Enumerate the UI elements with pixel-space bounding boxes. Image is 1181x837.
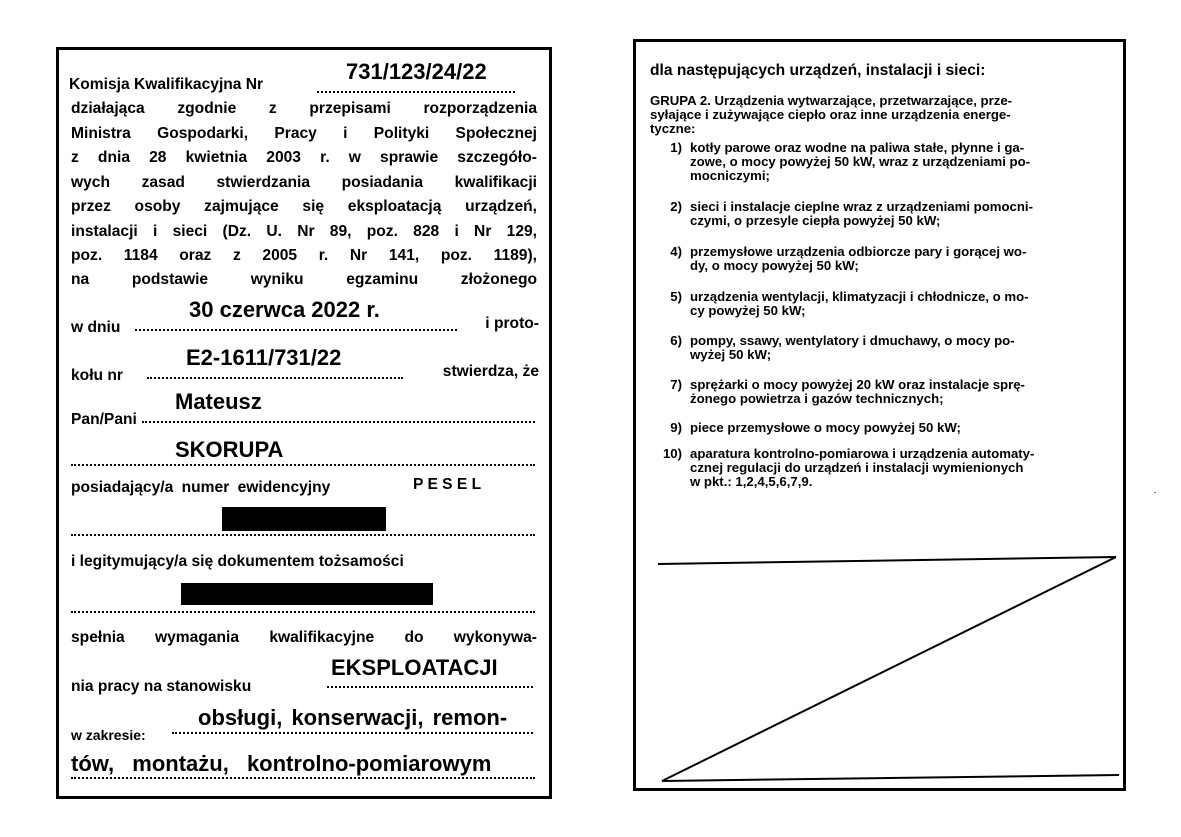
dotted-line: [135, 329, 457, 331]
dotted-line: [142, 421, 535, 423]
redacted-id-document: [181, 583, 433, 605]
dotted-line: [71, 534, 535, 536]
dotted-line: [317, 91, 515, 93]
position-value: EKSPLOATACJI: [331, 656, 498, 680]
protocol-number: E2-1611/731/22: [186, 346, 341, 370]
exam-date-suffix: i proto-: [485, 315, 539, 333]
certificate-left-page: Komisja Kwalifikacyjna Nr 731/123/24/22 …: [56, 47, 552, 799]
certificate-right-page: dla następujących urządzeń, instalacji i…: [633, 39, 1126, 791]
protocol-label: kołu nr: [71, 367, 123, 385]
regulation-line: z dnia 28 kwietnia 2003 r. w sprawie szc…: [71, 149, 537, 167]
dotted-line: [71, 777, 535, 779]
regulation-line: poz. 1184 oraz z 2005 r. Nr 141, poz. 11…: [71, 247, 537, 265]
requirements-line: spełnia wymagania kwalifikacyjne do wyko…: [71, 629, 537, 647]
pesel-tag: P E S E L: [413, 476, 481, 494]
regulation-line: na podstawie wyniku egzaminu złożonego: [71, 271, 537, 289]
scope-line-2: tów, montażu, kontrolno-pomiarowym: [71, 752, 491, 776]
regulation-line: instalacji i sieci (Dz. U. Nr 89, poz. 8…: [71, 223, 537, 241]
dotted-line: [71, 611, 535, 613]
exam-date: 30 czerwca 2022 r.: [189, 298, 380, 322]
scope-label: w zakresie:: [71, 726, 146, 744]
protocol-suffix: stwierdza, że: [443, 363, 539, 381]
pesel-label: posiadający/a numer ewidencyjny: [71, 479, 330, 497]
person-label: Pan/Pani: [71, 411, 137, 429]
dotted-line: [172, 732, 533, 734]
commission-label: Komisja Kwalifikacyjna Nr: [69, 76, 263, 94]
position-label: nia pracy na stanowisku: [71, 678, 251, 696]
regulation-line: wych zasad stwierdzania posiadania kwali…: [71, 174, 537, 192]
id-document-label: i legitymujący/a się dokumentem tożsamoś…: [71, 553, 404, 571]
regulation-line: Ministra Gospodarki, Pracy i Polityki Sp…: [71, 125, 537, 143]
dotted-line: [147, 377, 403, 379]
regulation-line: działająca zgodnie z przepisami rozporzą…: [71, 100, 537, 118]
cancel-z-strike: [636, 42, 1129, 794]
commission-number: 731/123/24/22: [346, 60, 487, 84]
scan-speck: ·: [1154, 490, 1156, 497]
dotted-line: [71, 464, 535, 466]
redacted-pesel: [222, 507, 386, 531]
exam-date-label: w dniu: [71, 319, 120, 337]
first-name: Mateusz: [175, 390, 262, 414]
regulation-line: przez osoby zajmujące się eksploatacją u…: [71, 198, 537, 216]
last-name: SKORUPA: [175, 438, 283, 462]
dotted-line: [327, 686, 533, 688]
scope-line-1: obsługi, konserwacji, remon-: [198, 706, 507, 730]
